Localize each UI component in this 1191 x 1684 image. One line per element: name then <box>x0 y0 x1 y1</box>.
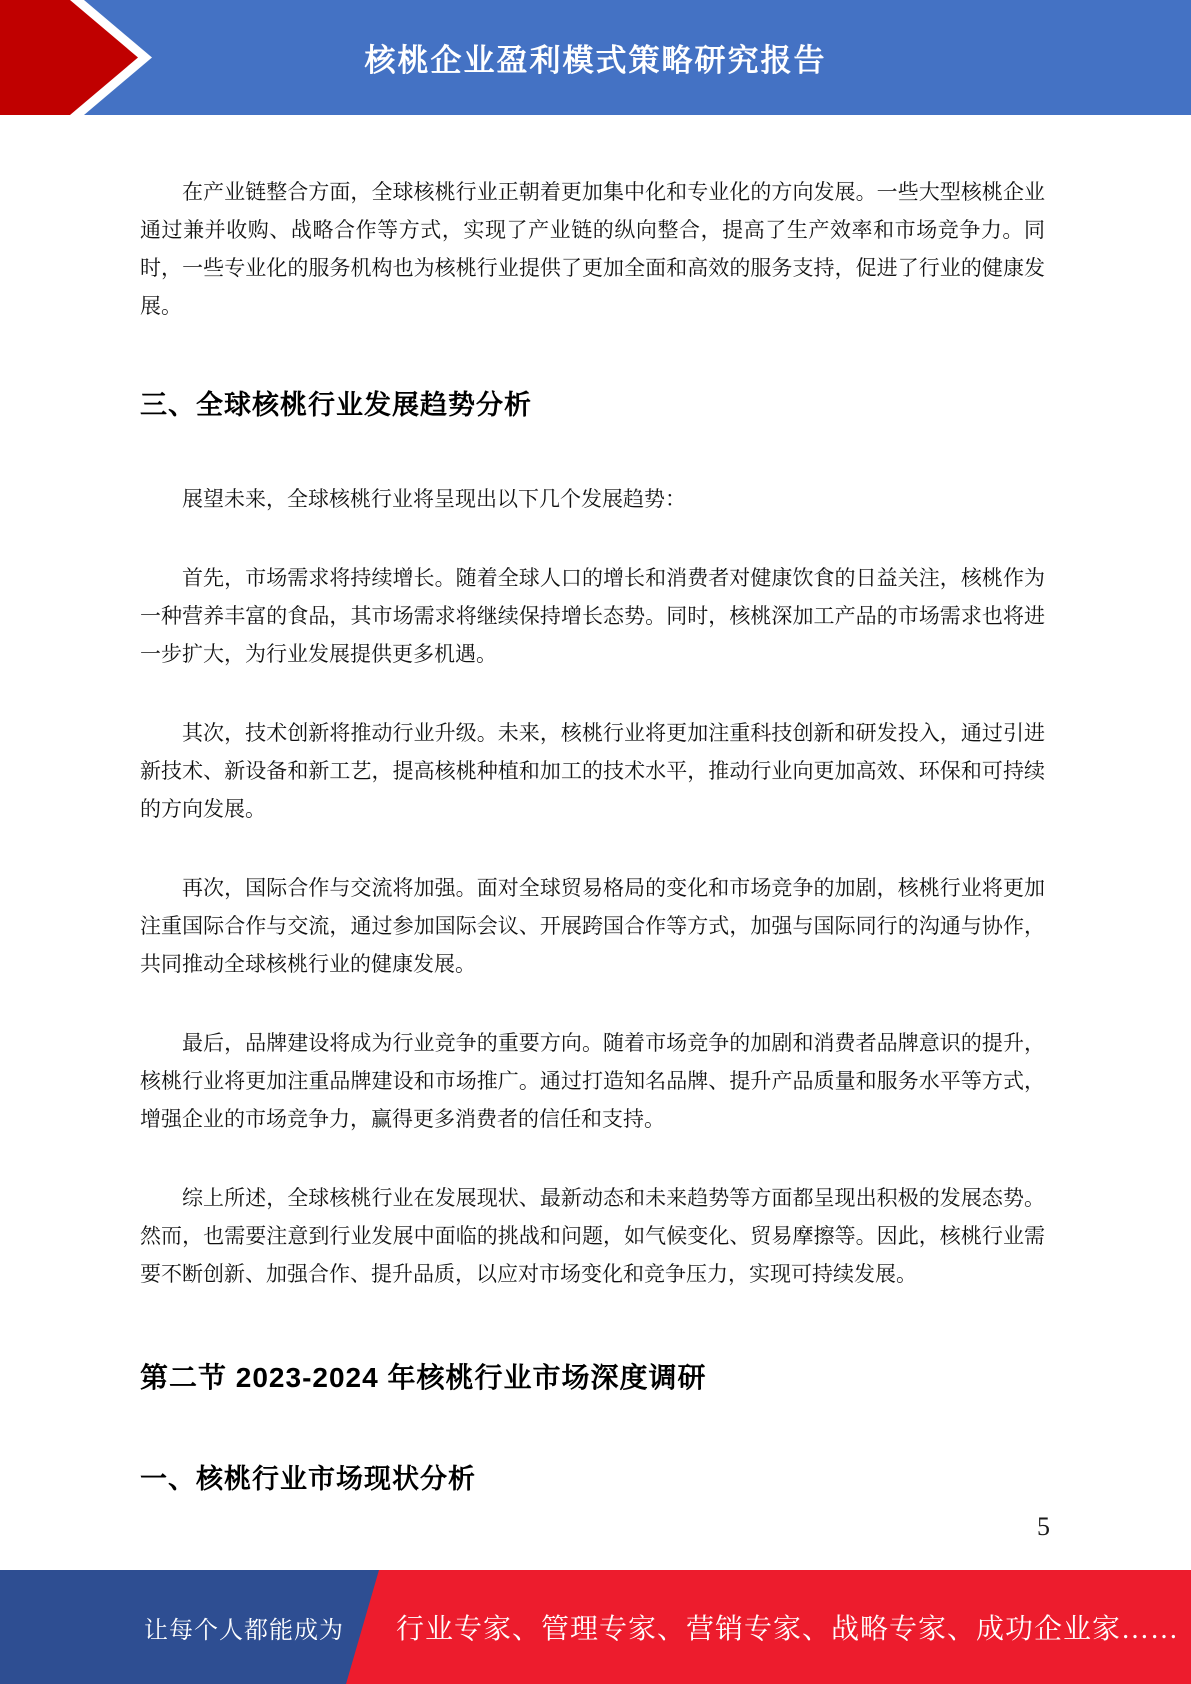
footer-blue-band: 让每个人都能成为 <box>0 1570 380 1684</box>
report-page: 核桃企业盈利模式策略研究报告 在产业链整合方面，全球核桃行业正朝着更加集中化和专… <box>0 0 1191 1684</box>
section-heading-global-trend-analysis: 三、全球核桃行业发展趋势分析 <box>140 385 1045 425</box>
report-title: 核桃企业盈利模式策略研究报告 <box>0 0 1191 115</box>
paragraph-summary: 综上所述，全球核桃行业在发展现状、最新动态和未来趋势等方面都呈现出积极的发展态势… <box>140 1179 1045 1293</box>
footer-slogan-experts: 行业专家、管理专家、营销专家、战略专家、成功企业家…… <box>396 1607 1179 1647</box>
paragraph-industry-chain: 在产业链整合方面，全球核桃行业正朝着更加集中化和专业化的方向发展。一些大型核桃企… <box>140 173 1045 325</box>
paragraph-outlook-intro: 展望未来，全球核桃行业将呈现出以下几个发展趋势： <box>140 480 1045 518</box>
paragraph-trend-third-cooperation: 再次，国际合作与交流将加强。面对全球贸易格局的变化和市场竞争的加剧，核桃行业将更… <box>140 869 1045 983</box>
paragraph-trend-first-demand: 首先，市场需求将持续增长。随着全球人口的增长和消费者对健康饮食的日益关注，核桃作… <box>140 559 1045 673</box>
document-body: 在产业链整合方面，全球核桃行业正朝着更加集中化和专业化的方向发展。一些大型核桃企… <box>140 173 1045 1554</box>
page-header: 核桃企业盈利模式策略研究报告 <box>0 0 1191 115</box>
paragraph-trend-second-technology: 其次，技术创新将推动行业升级。未来，核桃行业将更加注重科技创新和研发投入，通过引… <box>140 714 1045 828</box>
paragraph-trend-fourth-branding: 最后，品牌建设将成为行业竞争的重要方向。随着市场竞争的加剧和消费者品牌意识的提升… <box>140 1024 1045 1138</box>
section-heading-market-status: 一、核桃行业市场现状分析 <box>140 1459 1045 1499</box>
footer-slogan-everyone: 让每个人都能成为 <box>144 1610 344 1645</box>
page-number: 5 <box>1037 1512 1050 1542</box>
page-footer: 行业专家、管理专家、营销专家、战略专家、成功企业家…… 让每个人都能成为 <box>0 1570 1191 1684</box>
chapter-heading-market-research: 第二节 2023-2024 年核桃行业市场深度调研 <box>140 1357 1045 1399</box>
